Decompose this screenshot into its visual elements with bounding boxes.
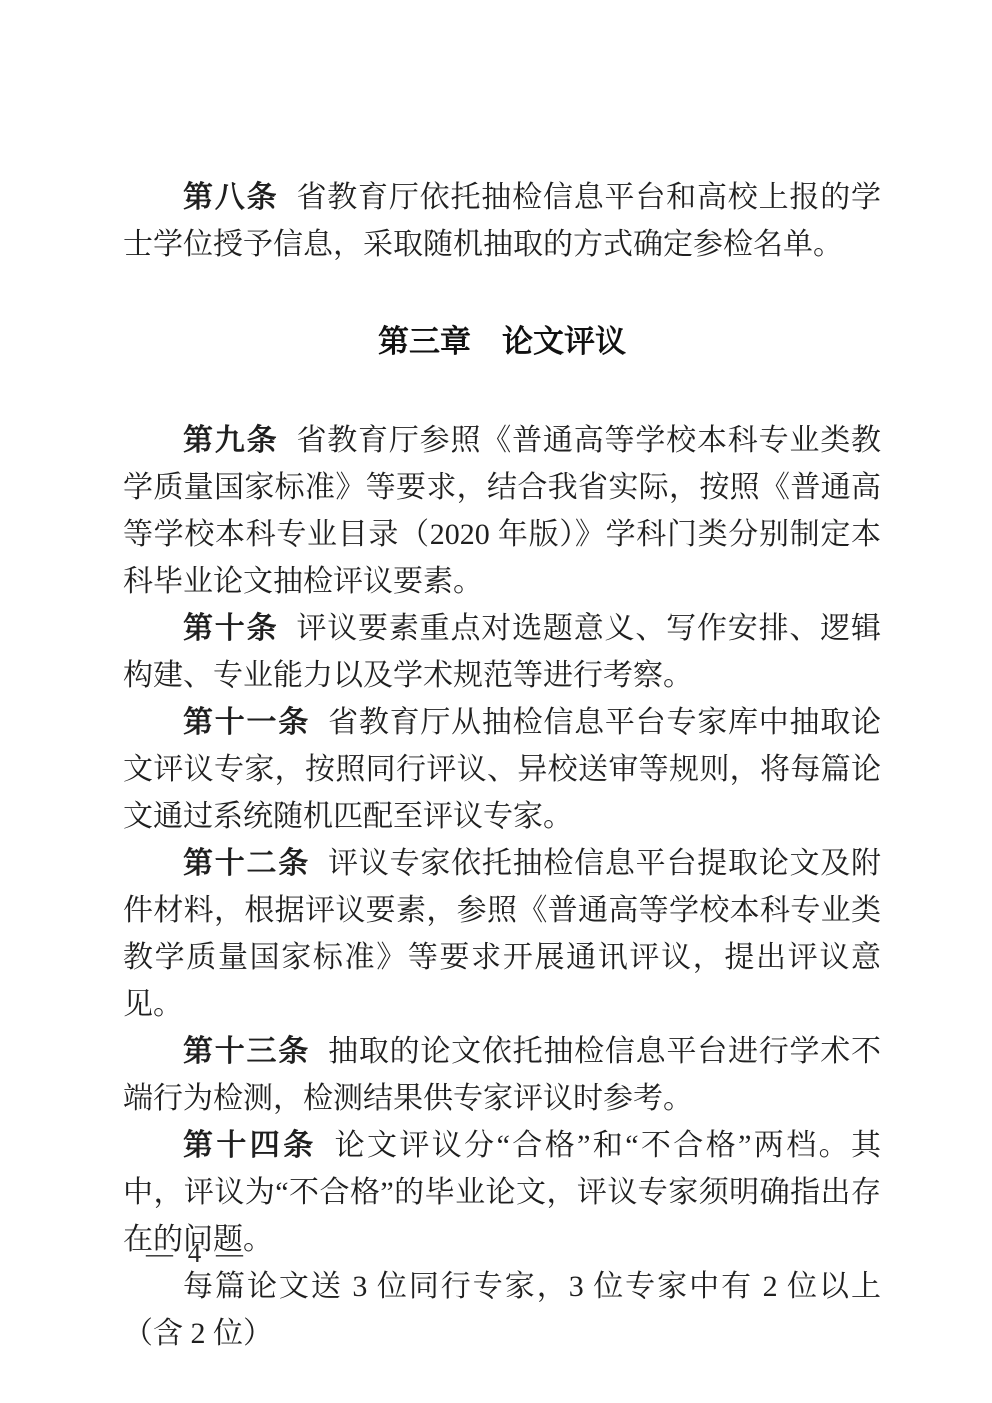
article-10-label: 第十条 — [183, 612, 278, 645]
article-11-label: 第十一条 — [183, 706, 310, 739]
article-13-label: 第十三条 — [183, 1035, 310, 1068]
article-11-paragraph: 第十一条省教育厅从抽检信息平台专家库中抽取论文评议专家，按照同行评议、异校送审等… — [123, 699, 881, 840]
article-8-label: 第八条 — [183, 181, 278, 214]
article-9-paragraph: 第九条省教育厅参照《普通高等学校本科专业类教学质量国家标准》等要求，结合我省实际… — [123, 417, 881, 605]
article-10-paragraph: 第十条评议要素重点对选题意义、写作安排、逻辑构建、专业能力以及学术规范等进行考察… — [123, 605, 881, 699]
closing-paragraph: 每篇论文送 3 位同行专家，3 位专家中有 2 位以上（含 2 位） — [123, 1263, 881, 1357]
article-12-label: 第十二条 — [183, 847, 310, 880]
article-14-label: 第十四条 — [183, 1129, 317, 1162]
article-8-paragraph: 第八条省教育厅依托抽检信息平台和高校上报的学士学位授予信息，采取随机抽取的方式确… — [123, 174, 881, 268]
chapter-3-heading: 第三章 论文评议 — [123, 318, 881, 365]
article-13-paragraph: 第十三条抽取的论文依托抽检信息平台进行学术不端行为检测，检测结果供专家评议时参考… — [123, 1028, 881, 1122]
page-number: — 4 — — [146, 1236, 247, 1270]
document-page: 第八条省教育厅依托抽检信息平台和高校上报的学士学位授予信息，采取随机抽取的方式确… — [0, 0, 992, 1403]
article-12-paragraph: 第十二条评议专家依托抽检信息平台提取论文及附件材料，根据评议要素，参照《普通高等… — [123, 840, 881, 1028]
article-9-label: 第九条 — [183, 424, 278, 457]
document-body: 第八条省教育厅依托抽检信息平台和高校上报的学士学位授予信息，采取随机抽取的方式确… — [123, 174, 881, 1357]
